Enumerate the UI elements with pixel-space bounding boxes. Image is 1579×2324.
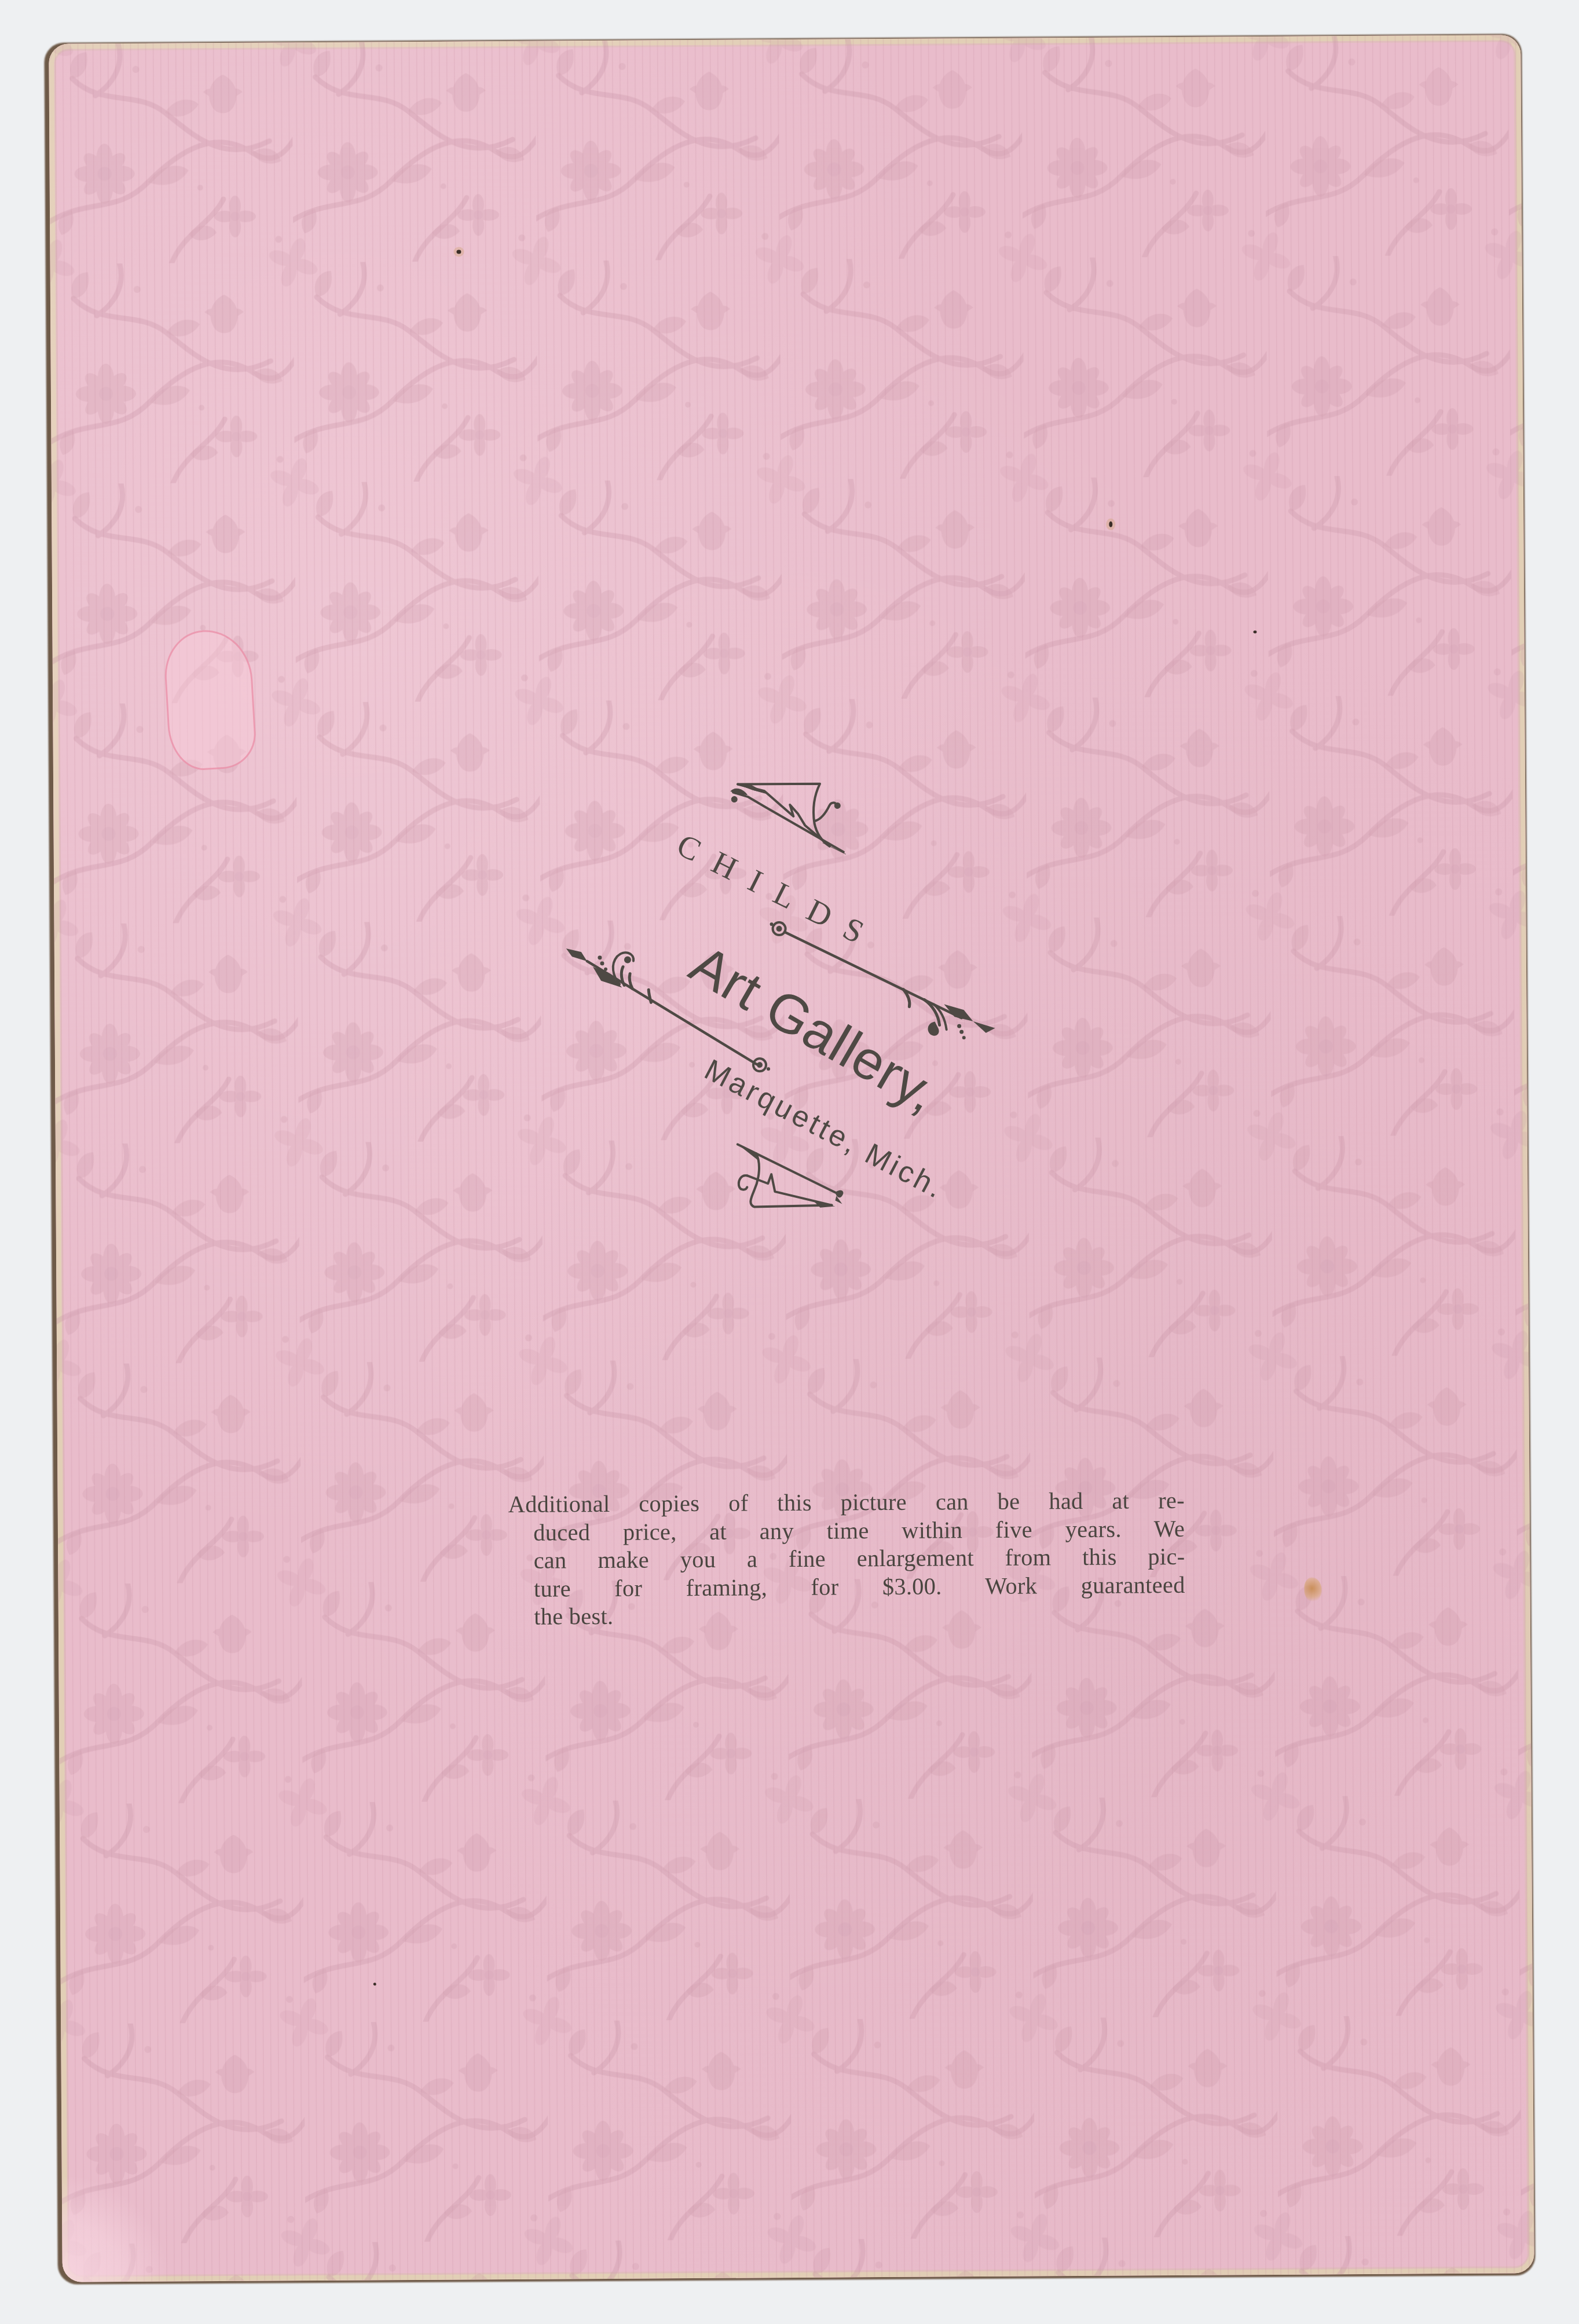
- corner-wear: [62, 2160, 184, 2282]
- notice-line-1: Additional copies of this picture can be…: [508, 1486, 1184, 1519]
- speck: [373, 1982, 376, 1985]
- reprint-notice: Additional copies of this picture can be…: [508, 1486, 1185, 1631]
- speck: [1109, 522, 1112, 527]
- notice-line-2: duced price, at any time within five yea…: [533, 1514, 1185, 1546]
- speck: [456, 250, 461, 254]
- notice-line-5: the best.: [534, 1599, 1185, 1630]
- notice-line-3: can make you a fine enlargement from thi…: [533, 1542, 1185, 1574]
- notice-line-4: ture for framing, for $3.00. Work guaran…: [534, 1570, 1185, 1602]
- pennant-flourish-icon: [733, 1139, 849, 1215]
- foxing-spot: [1304, 1577, 1321, 1601]
- pennant-flourish-icon: [730, 781, 852, 857]
- cabinet-card-back: CHILDS: [49, 35, 1534, 2282]
- water-stain: [162, 628, 258, 772]
- speck: [1253, 631, 1256, 633]
